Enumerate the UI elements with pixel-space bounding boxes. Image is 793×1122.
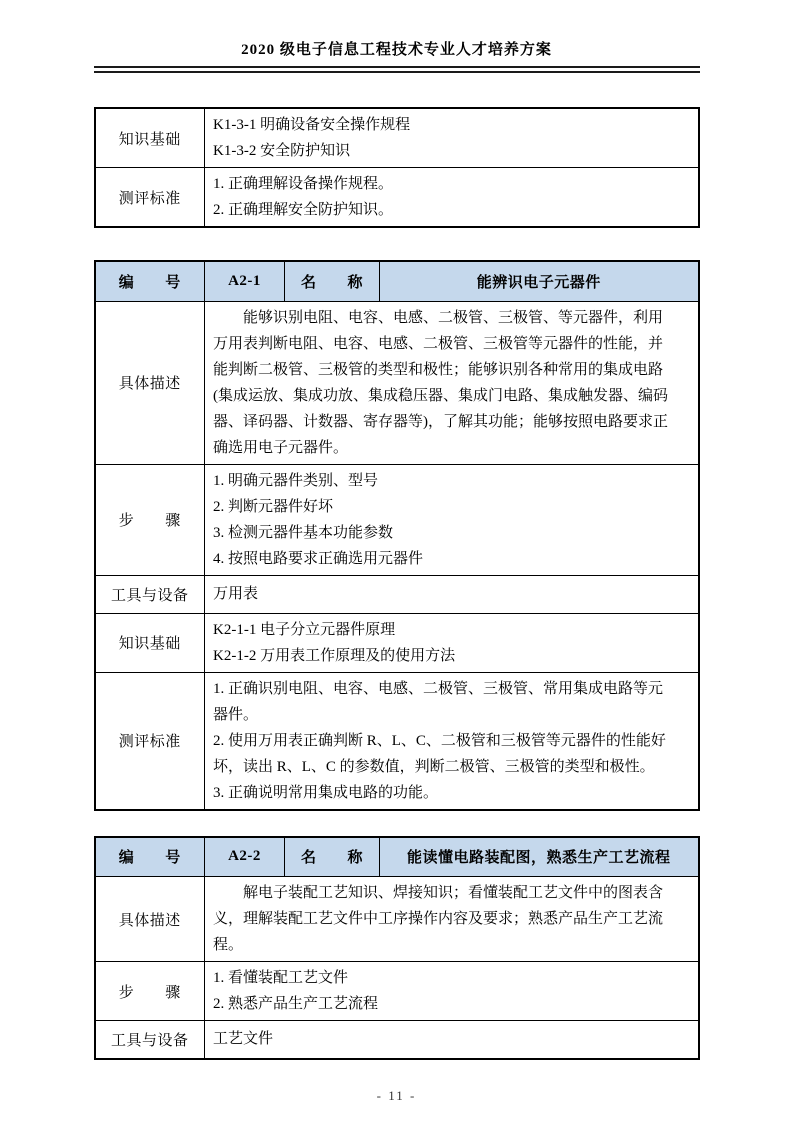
row-content-steps: 1. 看懂装配工艺文件2. 熟悉产品生产工艺流程	[205, 962, 699, 1021]
table-row-description: 具体描述 能够识别电阻、电容、电感、二极管、三极管、等元器件，利用万用表判断电阻…	[95, 301, 699, 464]
text-line: 万用表判断电阻、电容、电感、二极管、三极管等元器件的性能，并	[213, 331, 690, 357]
header-no-label: 编 号	[95, 261, 205, 301]
row-label-tools: 工具与设备	[95, 1021, 205, 1059]
table-row-steps: 步 骤 1. 看懂装配工艺文件2. 熟悉产品生产工艺流程	[95, 962, 699, 1021]
table-row-steps: 步 骤 1. 明确元器件类别、型号2. 判断元器件好坏3. 检测元器件基本功能参…	[95, 464, 699, 575]
text-line: 2. 熟悉产品生产工艺流程	[213, 991, 690, 1017]
spacer	[94, 811, 700, 836]
table-row-criteria: 测评标准 1. 正确识别电阻、电容、电感、二极管、三极管、常用集成电路等元器件。…	[95, 672, 699, 810]
text-line: K2-1-2 万用表工作原理及的使用方法	[213, 643, 690, 669]
row-content-description: 能够识别电阻、电容、电感、二极管、三极管、等元器件，利用万用表判断电阻、电容、电…	[205, 301, 699, 464]
text-line: 2. 使用万用表正确判断 R、L、C、二极管和三极管等元器件的性能好	[213, 728, 690, 754]
table-row-tools: 工具与设备 万用表	[95, 575, 699, 613]
document-page: 2020 级电子信息工程技术专业人才培养方案 知识基础 K1-3-1 明确设备安…	[0, 0, 793, 1122]
row-content-knowledge: K2-1-1 电子分立元器件原理K2-1-2 万用表工作原理及的使用方法	[205, 613, 699, 672]
header-name-value: 能辨识电子元器件	[380, 261, 699, 301]
row-label-criteria: 测评标准	[95, 672, 205, 810]
header-double-rule	[94, 66, 700, 73]
row-content-knowledge: K1-3-1 明确设备安全操作规程K1-3-2 安全防护知识	[205, 108, 699, 168]
table-row-tools: 工具与设备 工艺文件	[95, 1021, 699, 1059]
text-line: 3. 检测元器件基本功能参数	[213, 520, 690, 546]
row-label-knowledge: 知识基础	[95, 108, 205, 168]
text-line: 义，理解装配工艺文件中工序操作内容及要求；熟悉产品生产工艺流	[213, 906, 690, 932]
text-line: 1. 正确识别电阻、电容、电感、二极管、三极管、常用集成电路等元	[213, 676, 690, 702]
skill-table-a2-1: 编 号 A2-1 名 称 能辨识电子元器件 具体描述 能够识别电阻、电容、电感、…	[94, 260, 700, 811]
row-label-tools: 工具与设备	[95, 575, 205, 613]
text-line: 程。	[213, 932, 690, 958]
document-body: 2020 级电子信息工程技术专业人才培养方案 知识基础 K1-3-1 明确设备安…	[94, 0, 700, 1104]
row-content-tools: 万用表	[205, 575, 699, 613]
text-line: 能够识别电阻、电容、电感、二极管、三极管、等元器件，利用	[213, 305, 690, 331]
text-line: K2-1-1 电子分立元器件原理	[213, 617, 690, 643]
text-line: K1-3-1 明确设备安全操作规程	[213, 112, 690, 138]
row-label-description: 具体描述	[95, 877, 205, 962]
text-line: 1. 看懂装配工艺文件	[213, 965, 690, 991]
table-row-description: 具体描述 解电子装配工艺知识、焊接知识；看懂装配工艺文件中的图表含义，理解装配工…	[95, 877, 699, 962]
row-label-steps: 步 骤	[95, 962, 205, 1021]
header-no-label: 编 号	[95, 837, 205, 877]
text-line: 器件。	[213, 702, 690, 728]
text-line: 3. 正确说明常用集成电路的功能。	[213, 780, 690, 806]
text-line: 确选用电子元器件。	[213, 435, 690, 461]
text-line: 坏，读出 R、L、C 的参数值，判断二极管、三极管的类型和极性。	[213, 754, 690, 780]
table-row-knowledge: 知识基础 K1-3-1 明确设备安全操作规程K1-3-2 安全防护知识	[95, 108, 699, 168]
row-label-knowledge: 知识基础	[95, 613, 205, 672]
text-line: 2. 判断元器件好坏	[213, 494, 690, 520]
header-no-value: A2-1	[205, 261, 285, 301]
text-line: (集成运放、集成功放、集成稳压器、集成门电路、集成触发器、编码	[213, 383, 690, 409]
row-content-tools: 工艺文件	[205, 1021, 699, 1059]
text-line: 1. 正确理解设备操作规程。	[213, 171, 690, 197]
table-header-row: 编 号 A2-2 名 称 能读懂电路装配图，熟悉生产工艺流程	[95, 837, 699, 877]
knowledge-criteria-table: 知识基础 K1-3-1 明确设备安全操作规程K1-3-2 安全防护知识 测评标准…	[94, 107, 700, 228]
header-name-label: 名 称	[285, 261, 380, 301]
row-content-criteria: 1. 正确识别电阻、电容、电感、二极管、三极管、常用集成电路等元器件。2. 使用…	[205, 672, 699, 810]
row-content-description: 解电子装配工艺知识、焊接知识；看懂装配工艺文件中的图表含义，理解装配工艺文件中工…	[205, 877, 699, 962]
header-name-value: 能读懂电路装配图，熟悉生产工艺流程	[380, 837, 699, 877]
text-line: 2. 正确理解安全防护知识。	[213, 197, 690, 223]
page-title: 2020 级电子信息工程技术专业人才培养方案	[94, 38, 700, 59]
page-number: - 11 -	[94, 1088, 700, 1104]
row-label-steps: 步 骤	[95, 464, 205, 575]
text-line: 4. 按照电路要求正确选用元器件	[213, 546, 690, 572]
row-label-criteria: 测评标准	[95, 168, 205, 228]
table-row-criteria: 测评标准 1. 正确理解设备操作规程。2. 正确理解安全防护知识。	[95, 168, 699, 228]
row-content-steps: 1. 明确元器件类别、型号2. 判断元器件好坏3. 检测元器件基本功能参数4. …	[205, 464, 699, 575]
header-name-label: 名 称	[285, 837, 380, 877]
text-line: 能判断二极管、三极管的类型和极性；能够识别各种常用的集成电路	[213, 357, 690, 383]
header-no-value: A2-2	[205, 837, 285, 877]
skill-table-a2-2: 编 号 A2-2 名 称 能读懂电路装配图，熟悉生产工艺流程 具体描述 解电子装…	[94, 836, 700, 1060]
text-line: 1. 明确元器件类别、型号	[213, 468, 690, 494]
table-header-row: 编 号 A2-1 名 称 能辨识电子元器件	[95, 261, 699, 301]
text-line: 器、译码器、计数器、寄存器等)，了解其功能；能够按照电路要求正	[213, 409, 690, 435]
row-content-criteria: 1. 正确理解设备操作规程。2. 正确理解安全防护知识。	[205, 168, 699, 228]
text-line: K1-3-2 安全防护知识	[213, 138, 690, 164]
row-label-description: 具体描述	[95, 301, 205, 464]
spacer	[94, 228, 700, 260]
table-row-knowledge: 知识基础 K2-1-1 电子分立元器件原理K2-1-2 万用表工作原理及的使用方…	[95, 613, 699, 672]
text-line: 解电子装配工艺知识、焊接知识；看懂装配工艺文件中的图表含	[213, 880, 690, 906]
